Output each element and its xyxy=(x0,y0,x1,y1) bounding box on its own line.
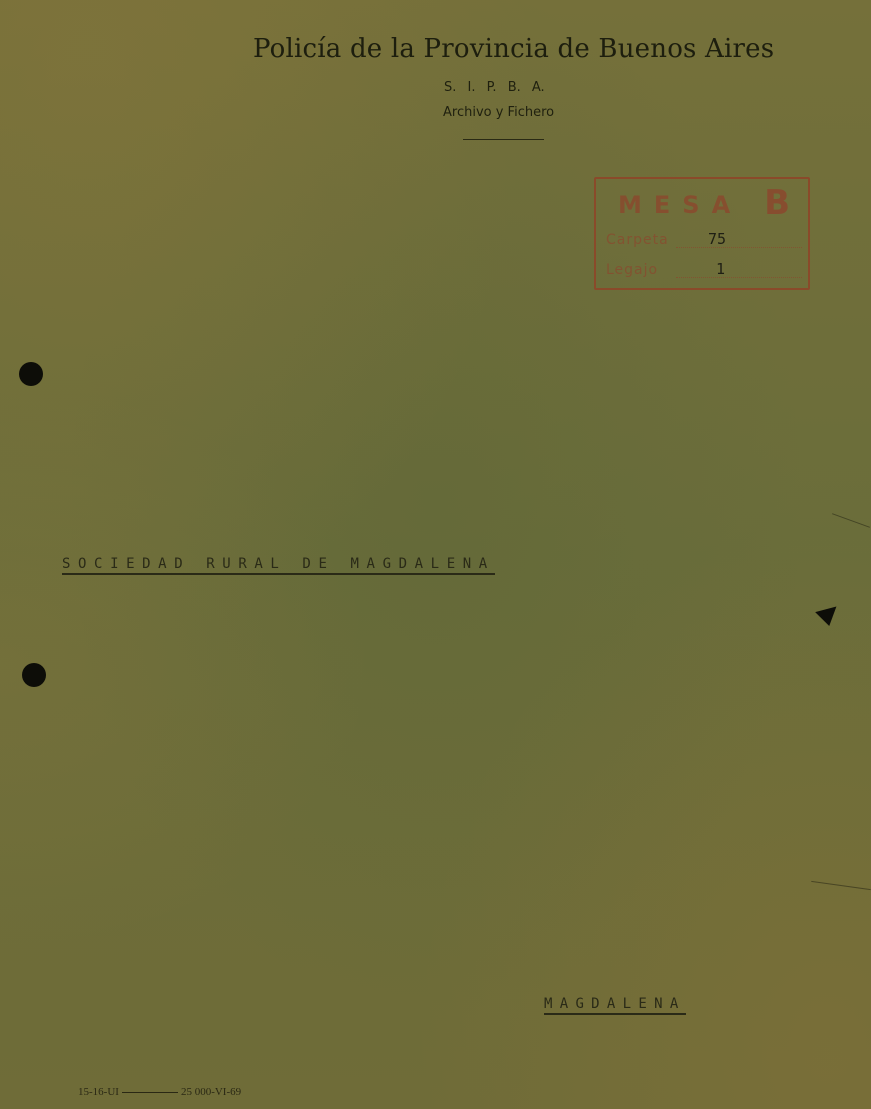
legajo-dotted-line xyxy=(676,277,802,278)
header-divider xyxy=(463,139,544,140)
print-run: 25 000-VI-69 xyxy=(181,1086,241,1098)
stamp-mesa-letter: B xyxy=(764,183,790,223)
paper-crease xyxy=(811,881,871,890)
stamp-carpeta-row: Carpeta 75 xyxy=(606,232,802,252)
footer-dash xyxy=(122,1092,178,1093)
carpeta-dotted-line xyxy=(676,247,802,248)
form-code: 15-16-UI xyxy=(78,1086,119,1098)
legajo-label: Legajo xyxy=(606,262,658,278)
paper-tear xyxy=(815,606,841,628)
agency-title: Policía de la Provincia de Buenos Aires xyxy=(253,34,773,64)
legajo-value: 1 xyxy=(716,260,725,278)
department-name: Archivo y Fichero xyxy=(443,105,554,120)
carpeta-value: 75 xyxy=(708,230,726,248)
subject-title: SOCIEDAD RURAL DE MAGDALENA xyxy=(62,556,495,575)
location-label: MAGDALENA xyxy=(544,996,686,1015)
folder-cover: Policía de la Provincia de Buenos Aires … xyxy=(0,0,871,1109)
form-code-footer: 15-16-UI25 000-VI-69 xyxy=(78,1086,241,1098)
agency-acronym: S. I. P. B. A. xyxy=(444,80,545,95)
carpeta-label: Carpeta xyxy=(606,232,669,248)
mesa-stamp: MESA B Carpeta 75 Legajo 1 xyxy=(594,177,810,290)
stamp-mesa-label: MESA xyxy=(618,191,742,219)
punch-hole-bottom xyxy=(22,663,46,687)
punch-hole-top xyxy=(19,362,43,386)
stamp-legajo-row: Legajo 1 xyxy=(606,262,802,282)
paper-crease xyxy=(832,513,870,528)
